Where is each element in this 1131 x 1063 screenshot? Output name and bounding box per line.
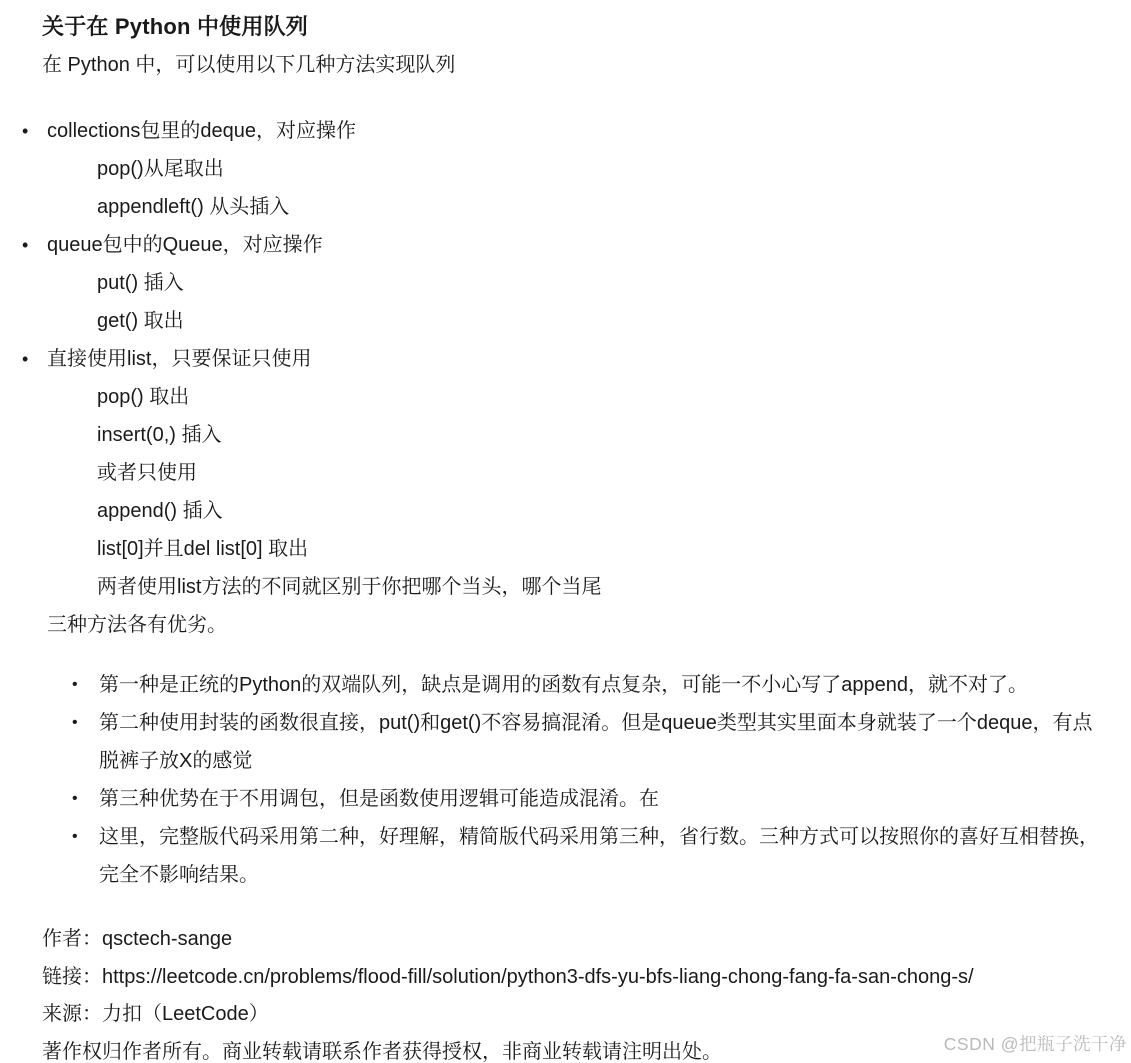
page-title: 关于在 Python 中使用队列 [42, 0, 1131, 46]
bullet-icon: • [72, 666, 99, 704]
list-item: • queue包中的Queue，对应操作 put() 插入 get() 取出 [0, 226, 1131, 340]
list-item: • 第三种优势在于不用调包，但是函数使用逻辑可能造成混淆。在 [0, 780, 1131, 818]
list-item-detail: get() 取出 [97, 302, 1131, 340]
list-item: • 第一种是正统的Python的双端队列，缺点是调用的函数有点复杂，可能一不小心… [0, 666, 1131, 704]
source-line: 来源：力扣（LeetCode） [42, 996, 1131, 1034]
list-item-detail: pop() 取出 [97, 378, 1131, 416]
list-item: • collections包里的deque，对应操作 pop()从尾取出 app… [0, 112, 1131, 226]
list-item-detail: list[0]并且del list[0] 取出 [97, 530, 1131, 568]
bullet-icon: • [72, 818, 99, 894]
list-item-row: • collections包里的deque，对应操作 [0, 112, 1131, 150]
bullet-icon: • [22, 226, 47, 264]
author-line: 作者：qsctech-sange [42, 921, 1131, 959]
list-item-label: queue包中的Queue，对应操作 [47, 226, 1131, 264]
list-item-detail: appendleft() 从头插入 [97, 188, 1131, 226]
list-item-text: 这里，完整版代码采用第二种，好理解，精简版代码采用第三种，省行数。三种方式可以按… [99, 818, 1107, 894]
list-item-label: collections包里的deque，对应操作 [47, 112, 1131, 150]
list-item: • 这里，完整版代码采用第二种，好理解，精简版代码采用第三种，省行数。三种方式可… [0, 818, 1131, 894]
list-item-row: • 直接使用list，只要保证只使用 [0, 340, 1131, 378]
document-page: 关于在 Python 中使用队列 在 Python 中，可以使用以下几种方法实现… [0, 0, 1131, 1063]
list-item-detail: insert(0,) 插入 [97, 416, 1131, 454]
list-item-detail: 两者使用list方法的不同就区别于你把哪个当头，哪个当尾 [97, 568, 1131, 606]
summary-text: 三种方法各有优劣。 [47, 606, 1131, 644]
bullet-icon: • [72, 704, 99, 780]
link-line: 链接：https://leetcode.cn/problems/flood-fi… [42, 959, 1131, 997]
intro-text: 在 Python 中，可以使用以下几种方法实现队列 [42, 46, 1131, 84]
list-item-row: • queue包中的Queue，对应操作 [0, 226, 1131, 264]
csdn-watermark: CSDN @把瓶子洗干净 [944, 1031, 1127, 1056]
list-item: • 直接使用list，只要保证只使用 pop() 取出 insert(0,) 插… [0, 340, 1131, 606]
bullet-icon: • [72, 780, 99, 818]
list-item-detail: append() 插入 [97, 492, 1131, 530]
list-item-label: 直接使用list，只要保证只使用 [47, 340, 1131, 378]
bullet-icon: • [22, 112, 47, 150]
methods-list: • collections包里的deque，对应操作 pop()从尾取出 app… [0, 112, 1131, 606]
comparison-list: • 第一种是正统的Python的双端队列，缺点是调用的函数有点复杂，可能一不小心… [0, 666, 1131, 894]
list-item-text: 第二种使用封装的函数很直接，put()和get()不容易搞混淆。但是queue类… [99, 704, 1107, 780]
list-item-detail: pop()从尾取出 [97, 150, 1131, 188]
list-item-detail: 或者只使用 [97, 454, 1131, 492]
list-item-text: 第一种是正统的Python的双端队列，缺点是调用的函数有点复杂，可能一不小心写了… [99, 666, 1107, 704]
list-item-text: 第三种优势在于不用调包，但是函数使用逻辑可能造成混淆。在 [99, 780, 1107, 818]
list-item: • 第二种使用封装的函数很直接，put()和get()不容易搞混淆。但是queu… [0, 704, 1131, 780]
bullet-icon: • [22, 340, 47, 378]
list-item-detail: put() 插入 [97, 264, 1131, 302]
